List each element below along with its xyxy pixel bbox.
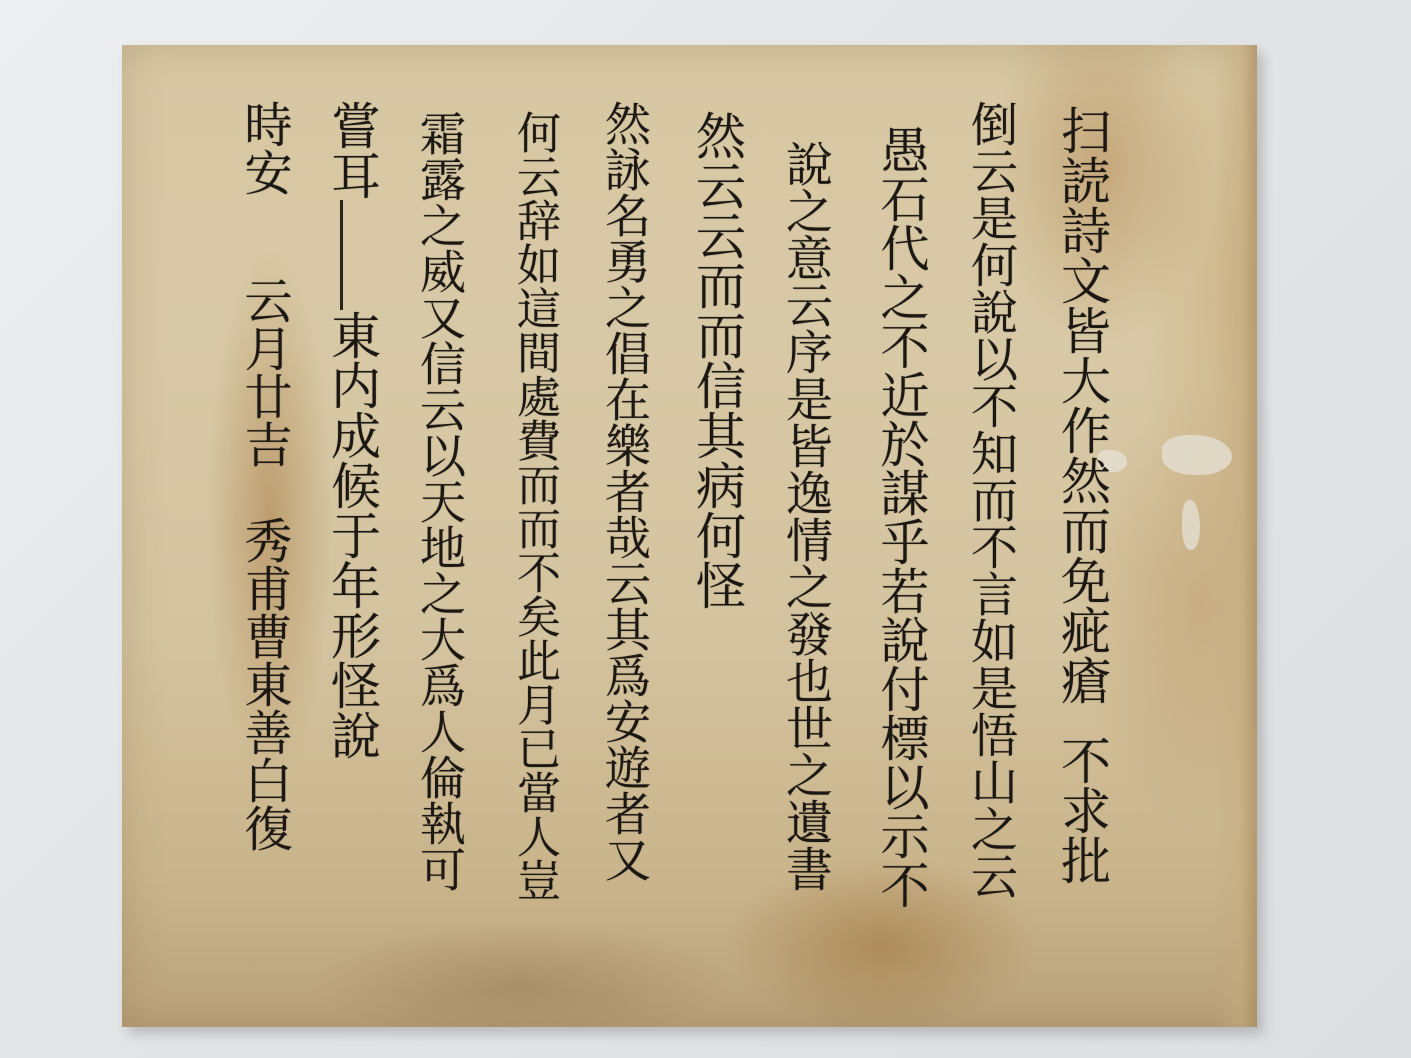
column-1: 扫読詩文皆大作然而免疵瘡不求批 [1057,105,1107,885]
aged-paper-letter: 扫読詩文皆大作然而免疵瘡不求批 倒云是何說以不知而不言如是悟山之云 愚石代之不近… [122,45,1257,1027]
column-10-main: 時安 [240,100,288,196]
column-7: 何云辞如這間處費而而不矣此月已當人豈 [512,110,556,902]
column-6: 然詠名勇之倡在樂者哉云其爲安遊者又 [602,100,648,882]
column-9-main: 嘗耳 [327,100,377,200]
column-1-tail: 不求批 [1057,735,1107,885]
column-8: 霜露之威又信云以天地之大爲人倫執可 [417,110,463,892]
column-4-main: 說之意云序是皆逸情之發也世之遺書 [782,140,829,892]
column-2: 倒云是何說以不知而不言如是悟山之云 [967,100,1014,899]
column-9-tail: 東内成候于年形怪說 [327,310,377,760]
column-8-main: 霜露之威又信云以天地之大爲人倫執可 [417,110,463,892]
column-5-main: 然云云而而信其病何怪 [692,110,742,610]
column-3: 愚石代之不近於謀乎若說付標以示不 [877,125,926,909]
column-2-main: 倒云是何說以不知而不言如是悟山之云 [967,100,1014,899]
signature-line: 云月廿吉 秀甫曹東善白復 [240,276,288,852]
column-10-date-signature: 時安云月廿吉 秀甫曹東善白復 [240,100,288,852]
column-1-main: 扫読詩文皆大作然而免疵瘡 [1057,105,1107,705]
column-5: 然云云而而信其病何怪 [692,110,742,610]
column-6-main: 然詠名勇之倡在樂者哉云其爲安遊者又 [602,100,648,882]
column-3-main: 愚石代之不近於謀乎若說付標以示不 [877,125,926,909]
column-4: 說之意云序是皆逸情之發也世之遺書 [782,140,829,892]
column-7-main: 何云辞如這間處費而而不矣此月已當人豈 [512,110,556,902]
column-9: 嘗耳東内成候于年形怪說 [327,100,377,760]
calligraphy-text: 扫読詩文皆大作然而免疵瘡不求批 倒云是何說以不知而不言如是悟山之云 愚石代之不近… [122,45,1257,1027]
